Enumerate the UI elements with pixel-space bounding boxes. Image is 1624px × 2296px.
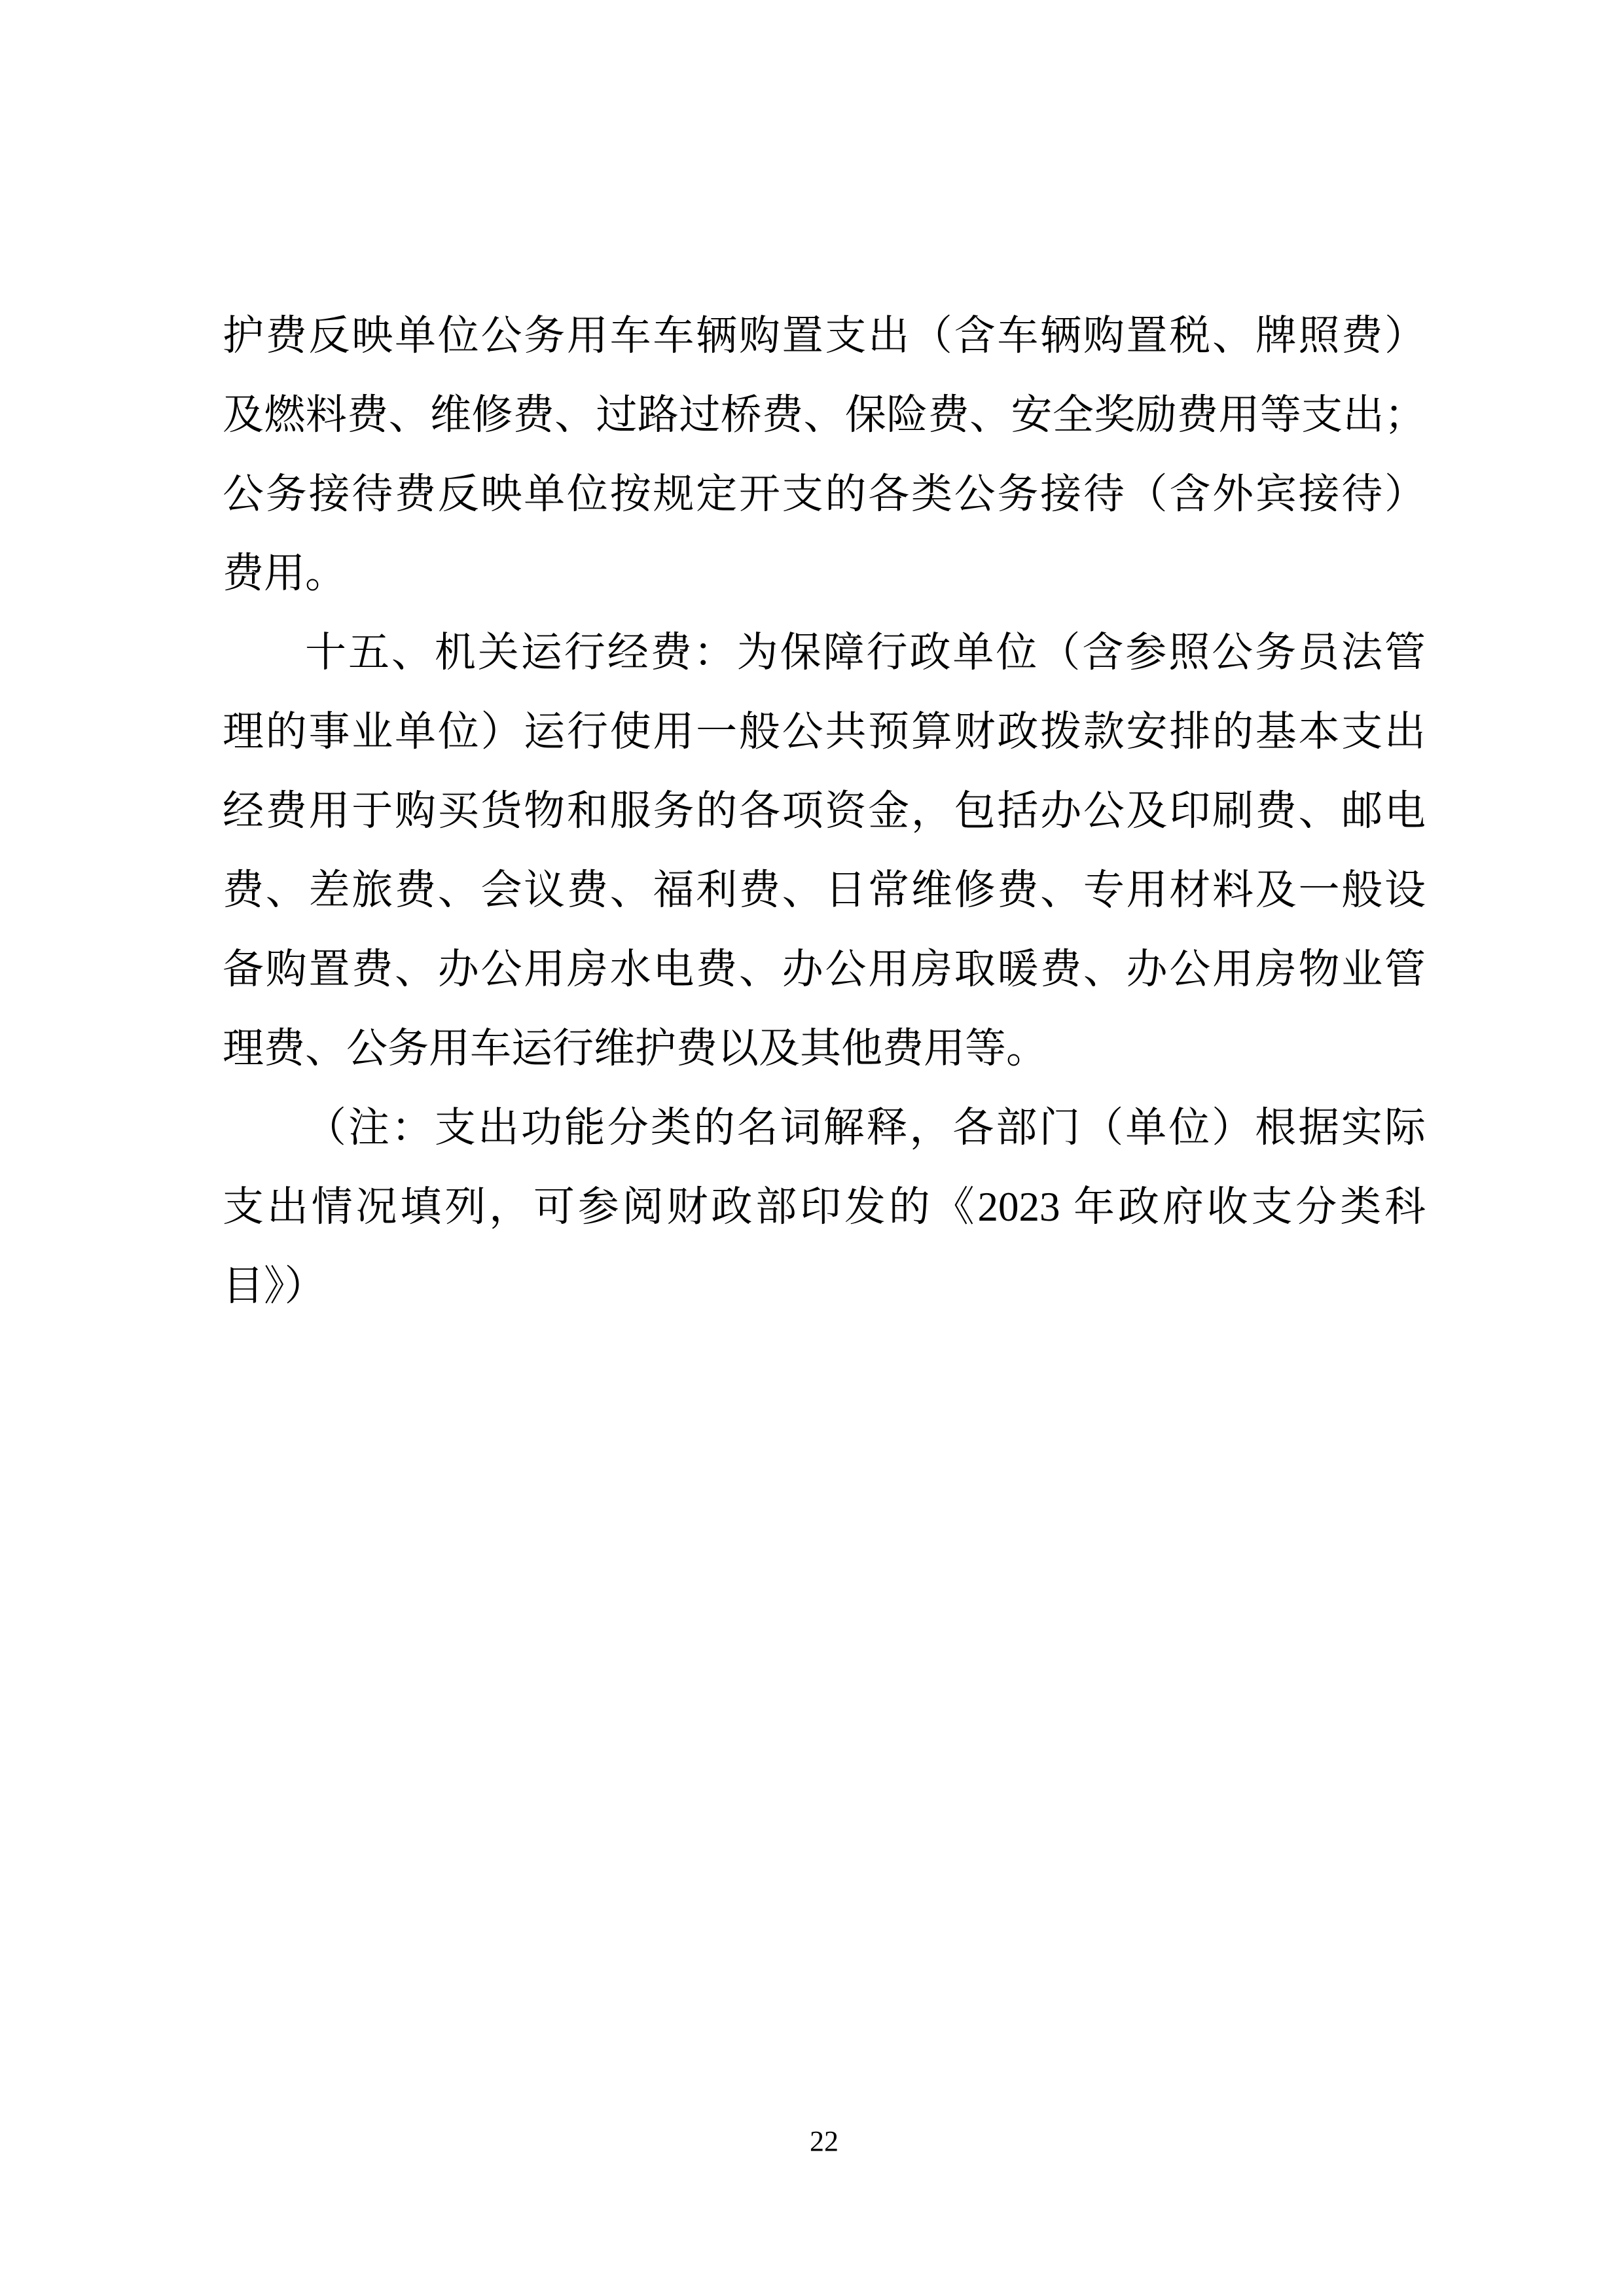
document-page: 护费反映单位公务用车车辆购置支出（含车辆购置税、牌照费） 及燃料费、维修费、过路…: [0, 0, 1624, 2296]
text-line: 支出情况填列，可参阅财政部印发的《2023 年政府收支分类科: [223, 1168, 1426, 1247]
page-footer: 22: [223, 2126, 1426, 2157]
text-line: 费、差旅费、会议费、福利费、日常维修费、专用材料及一般设: [223, 851, 1426, 930]
text-line: 十五、机关运行经费：为保障行政单位（含参照公务员法管: [223, 613, 1426, 692]
text-line: 理的事业单位）运行使用一般公共预算财政拨款安排的基本支出: [223, 692, 1426, 772]
page-number: 22: [810, 2125, 839, 2157]
text-line: 公务接待费反映单位按规定开支的各类公务接待（含外宾接待）: [223, 455, 1426, 534]
text-line: 护费反映单位公务用车车辆购置支出（含车辆购置税、牌照费）: [223, 296, 1426, 376]
text-line: 费用。: [223, 534, 1426, 613]
document-body: 护费反映单位公务用车车辆购置支出（含车辆购置税、牌照费） 及燃料费、维修费、过路…: [223, 296, 1426, 1326]
text-line: 经费用于购买货物和服务的各项资金，包括办公及印刷费、邮电: [223, 772, 1426, 851]
text-line: 目》）: [223, 1247, 1426, 1326]
text-line: 及燃料费、维修费、过路过桥费、保险费、安全奖励费用等支出；: [223, 376, 1426, 455]
text-line: 理费、公务用车运行维护费以及其他费用等。: [223, 1009, 1426, 1088]
text-line: （注：支出功能分类的名词解释，各部门（单位）根据实际: [223, 1088, 1426, 1168]
text-line: 备购置费、办公用房水电费、办公用房取暖费、办公用房物业管: [223, 930, 1426, 1009]
